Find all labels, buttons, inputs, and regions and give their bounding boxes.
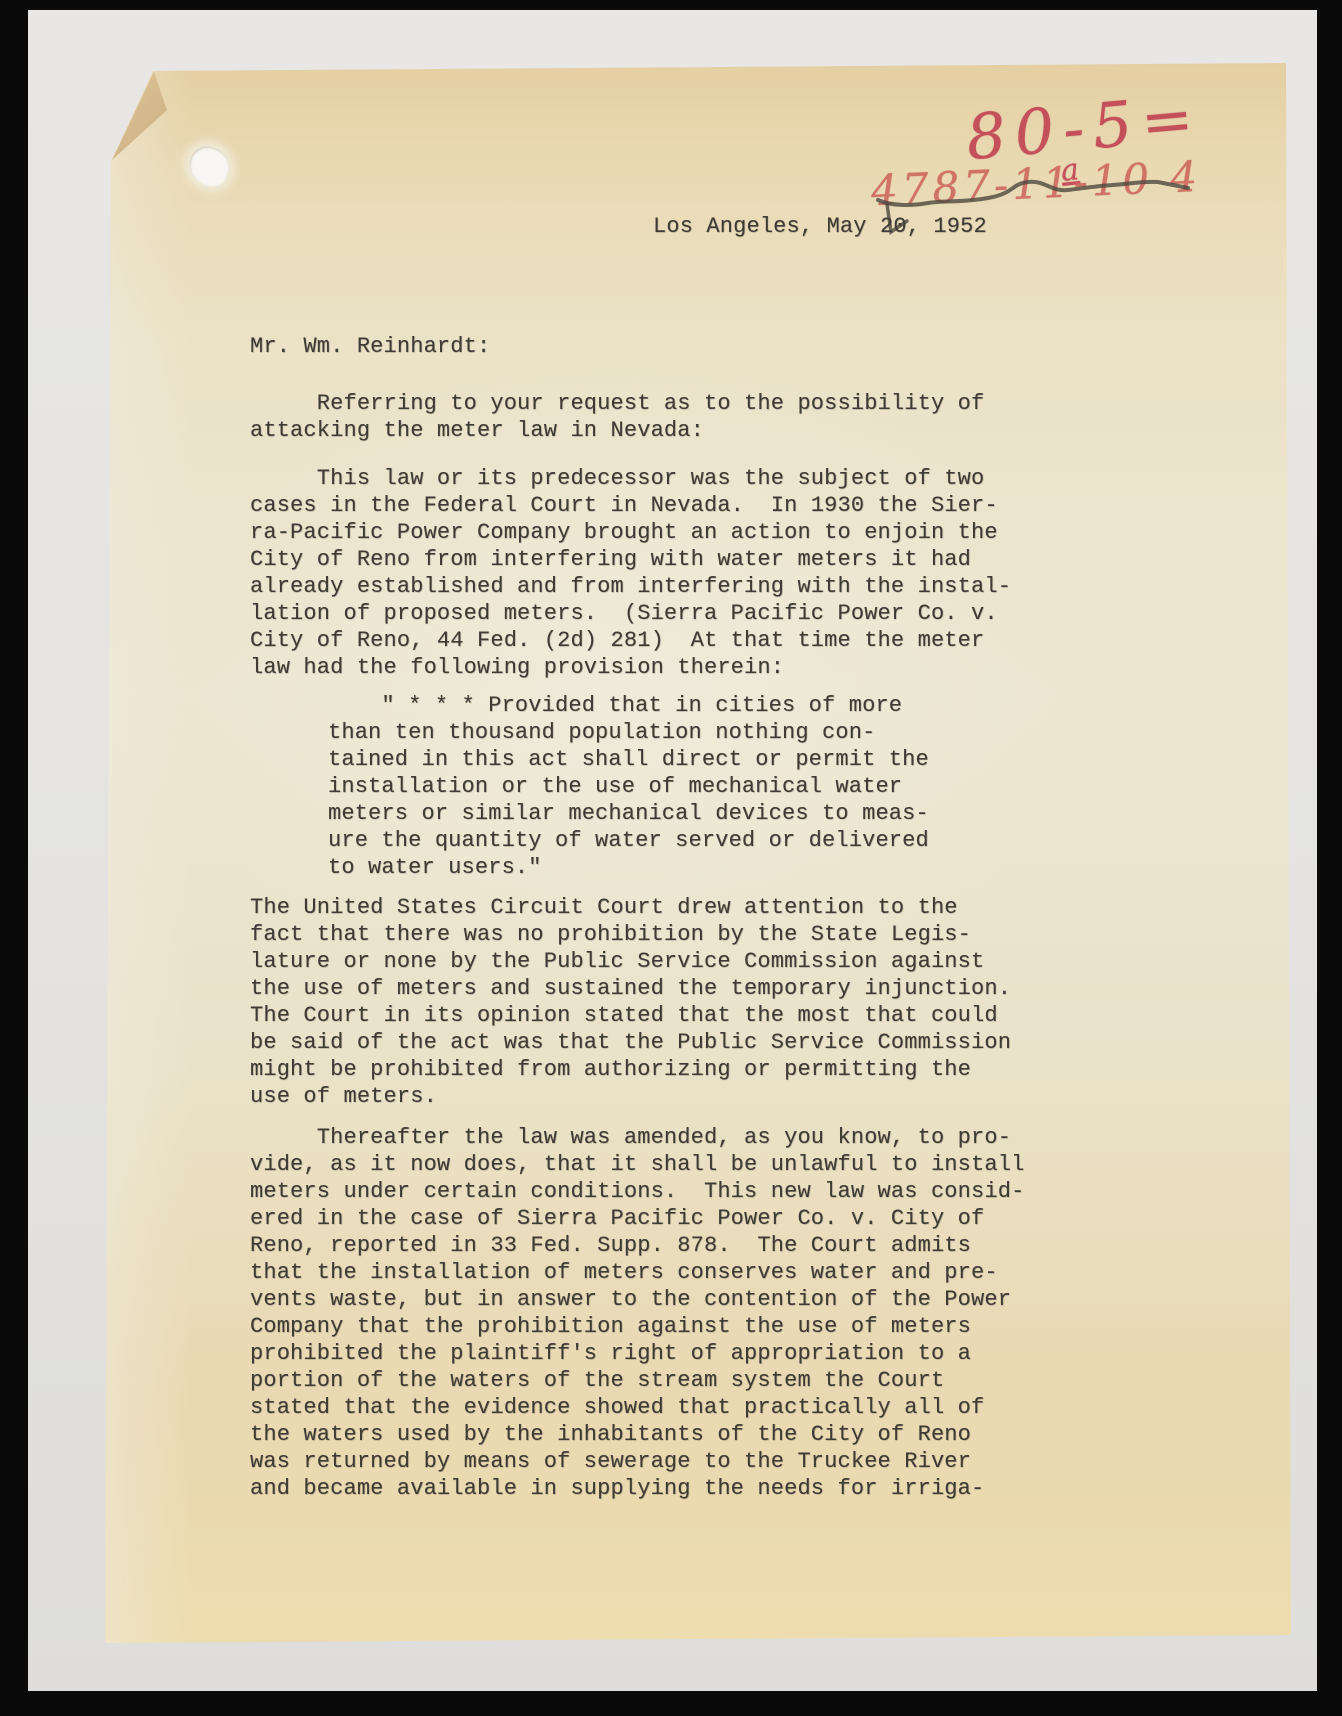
paper-tear-hole (184, 142, 234, 191)
scanner-background: 80-5= a 4787-11-10 4 Los Angeles, May 20… (28, 10, 1317, 1691)
paragraph-referring: Referring to your request as to the poss… (250, 390, 984, 444)
letter-paper: 80-5= a 4787-11-10 4 Los Angeles, May 20… (101, 63, 1291, 1643)
paragraph-circuit-court: The United States Circuit Court drew att… (250, 894, 1011, 1110)
dateline: Los Angeles, May 20, 1952 (653, 213, 987, 240)
salutation: Mr. Wm. Reinhardt: (250, 333, 490, 360)
folded-corner (101, 63, 191, 173)
paragraph-federal-cases: This law or its predecessor was the subj… (250, 465, 1011, 681)
blockquote-meter-law-provision: " * * * Provided that in cities of more … (328, 692, 929, 881)
paragraph-law-amended: Thereafter the law was amended, as you k… (250, 1124, 1024, 1502)
